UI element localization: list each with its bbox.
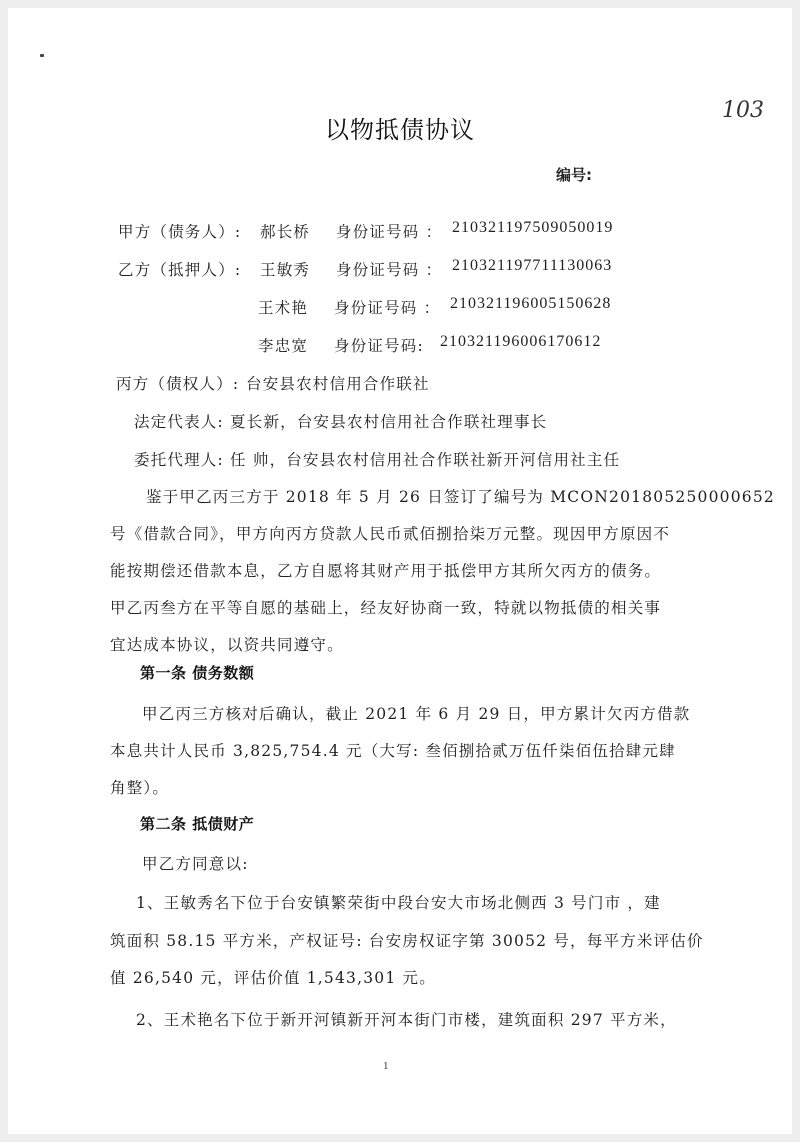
document-page: 以物抵债协议 103 编号: 甲方（债务人）: 郝长桥 身份证号码 ： 2103…	[8, 8, 792, 1134]
party-b-member-id: 210321197711130063	[452, 257, 612, 275]
party-b-member-name: 李忠宽	[258, 334, 308, 356]
party-b-member-id-label: 身份证号码 ：	[334, 296, 440, 318]
number-label: 编号:	[556, 164, 592, 185]
article-2-heading: 第二条 抵债财产	[140, 813, 254, 834]
party-b-member-id-label: 身份证号码 ：	[336, 258, 442, 280]
scan-speck	[40, 54, 44, 57]
article-1-line: 甲乙丙三方核对后确认，截止 2021 年 6 月 29 日，甲方累计欠丙方借款	[142, 702, 690, 724]
party-b-member-id: 210321196005150628	[450, 295, 611, 313]
party-a-role: 甲方（债务人）:	[118, 220, 241, 242]
preamble-line: 能按期偿还借款本息，乙方自愿将其财产用于抵偿甲方其所欠丙方的债务。	[110, 559, 661, 581]
preamble-line: 号《借款合同》，甲方向丙方贷款人民币贰佰捌拾柒万元整。现因甲方原因不	[110, 522, 670, 544]
party-a-id-label: 身份证号码 ：	[336, 220, 442, 242]
party-b-member-id: 210321196006170612	[440, 333, 601, 351]
preamble-line: 宜达成本协议，以资共同遵守。	[110, 633, 344, 655]
article-2-item-2-line: 2、王术艳名下位于新开河镇新开河本街门市楼，建筑面积 297 平方米，	[136, 1008, 677, 1030]
article-2-item-1-line: 值 26,540 元，评估价值 1,543,301 元。	[110, 966, 436, 988]
party-a-id: 210321197509050019	[452, 219, 613, 237]
party-b-member-name: 王术艳	[258, 296, 308, 318]
page-number: 1	[383, 1060, 389, 1072]
article-2-item-1-line: 1、王敏秀名下位于台安镇繁荣街中段台安大市场北侧西 3 号门市 ，建	[136, 891, 661, 913]
article-2-intro: 甲乙方同意以:	[142, 852, 249, 874]
handwritten-doc-number: 103	[722, 98, 764, 123]
party-b-member-id-label: 身份证号码:	[334, 334, 424, 356]
preamble-line: 甲乙丙叁方在平等自愿的基础上，经友好协商一致，特就以物抵债的相关事	[110, 596, 661, 618]
party-a-name: 郝长桥	[260, 220, 310, 242]
document-title: 以物抵债协议	[8, 110, 792, 145]
party-b-member-name: 王敏秀	[260, 258, 310, 280]
party-b-role: 乙方（抵押人）:	[118, 258, 241, 280]
party-c-legal-rep: 法定代表人: 夏长新，台安县农村信用社合作联社理事长	[134, 410, 547, 432]
article-1-line: 本息共计人民币 3,825,754.4 元（大写: 叁佰捌拾贰万伍仟柒佰伍拾肆元…	[110, 739, 676, 761]
article-2-item-1-line: 筑面积 58.15 平方米，产权证号: 台安房权证字第 30052 号，每平方米…	[110, 929, 704, 951]
article-1-heading: 第一条 债务数额	[140, 662, 254, 683]
article-1-line: 角整）。	[110, 776, 169, 798]
preamble-line: 鉴于甲乙丙三方于 2018 年 5 月 26 日签订了编号为 MCON20180…	[146, 485, 775, 507]
party-c-agent: 委托代理人: 任 帅，台安县农村信用社合作联社新开河信用社主任	[134, 448, 620, 470]
party-c-role: 丙方（债权人）:	[116, 372, 239, 394]
party-c-name: 台安县农村信用合作联社	[246, 372, 430, 394]
